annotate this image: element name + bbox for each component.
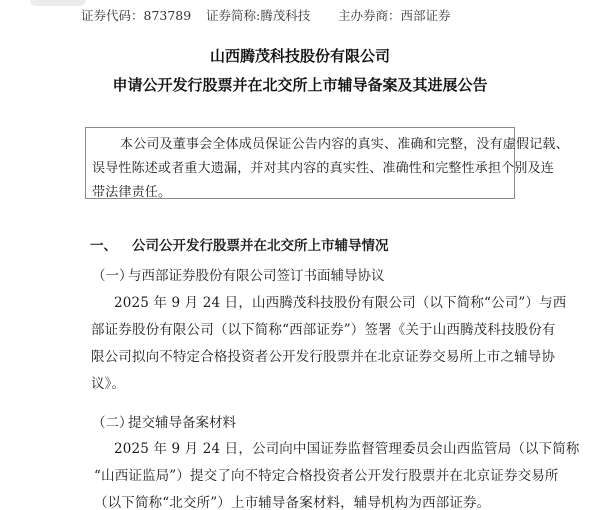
section-title: 公司公开发行股票并在北交所上市辅导情况 bbox=[132, 234, 389, 254]
paragraph-line: 部证券股份有限公司（以下简称“西部证券”）签署《关于山西腾茂科技股份有 bbox=[91, 318, 556, 338]
paragraph-line: 议》。 bbox=[91, 372, 125, 392]
paragraph-line: 2025 年 9 月 24 日，公司向中国证券监督管理委员会山西监管局（以下简称 bbox=[114, 437, 580, 457]
subsection-number: （一） bbox=[92, 264, 133, 284]
subsection-title: 提交辅导备案材料 bbox=[128, 411, 236, 431]
paragraph-line: （以下简称“北交所”）上市辅导备案材料，辅导机构为西部证券。 bbox=[94, 491, 490, 510]
section-number: 一、 bbox=[90, 234, 117, 254]
sponsor-broker: 主办券商：西部证券 bbox=[338, 6, 451, 24]
subsection-title: 与西部证券股份有限公司签订书面辅导协议 bbox=[128, 264, 385, 284]
paragraph-line: 2025 年 9 月 24 日，山西腾茂科技股份有限公司（以下简称“公司”）与西 bbox=[114, 291, 566, 311]
subsection-number: （二） bbox=[92, 411, 133, 431]
paragraph-line: 限公司拟向不特定合格投资者公开发行股票并在北京证券交易所上市之辅导协 bbox=[91, 345, 555, 365]
security-code: 证券代码：873789 bbox=[81, 6, 191, 24]
document-header: 证券代码：873789 证券简称:腾茂科技 主办券商：西部证券 bbox=[0, 6, 600, 24]
disclaimer-line: 本公司及董事会全体成员保证公告内容的真实、准确和完整，没有虚假记载、 bbox=[120, 133, 569, 152]
disclaimer-line: 误导性陈述或者重大遗漏，并对其内容的真实性、准确性和完整性承担个别及连 bbox=[92, 157, 554, 176]
announcement-title: 申请公开发行股票并在北交所上市辅导备案及其进展公告 bbox=[0, 74, 600, 95]
company-title: 山西腾茂科技股份有限公司 bbox=[0, 45, 600, 66]
disclaimer-line: 带法律责任。 bbox=[92, 181, 171, 200]
security-short-name: 证券简称:腾茂科技 bbox=[206, 6, 310, 24]
disclaimer-box: 本公司及董事会全体成员保证公告内容的真实、准确和完整，没有虚假记载、 误导性陈述… bbox=[85, 127, 515, 199]
paragraph-line: “山西证监局”）提交了向不特定合格投资者公开发行股票并在北京证券交易所 bbox=[94, 464, 559, 484]
